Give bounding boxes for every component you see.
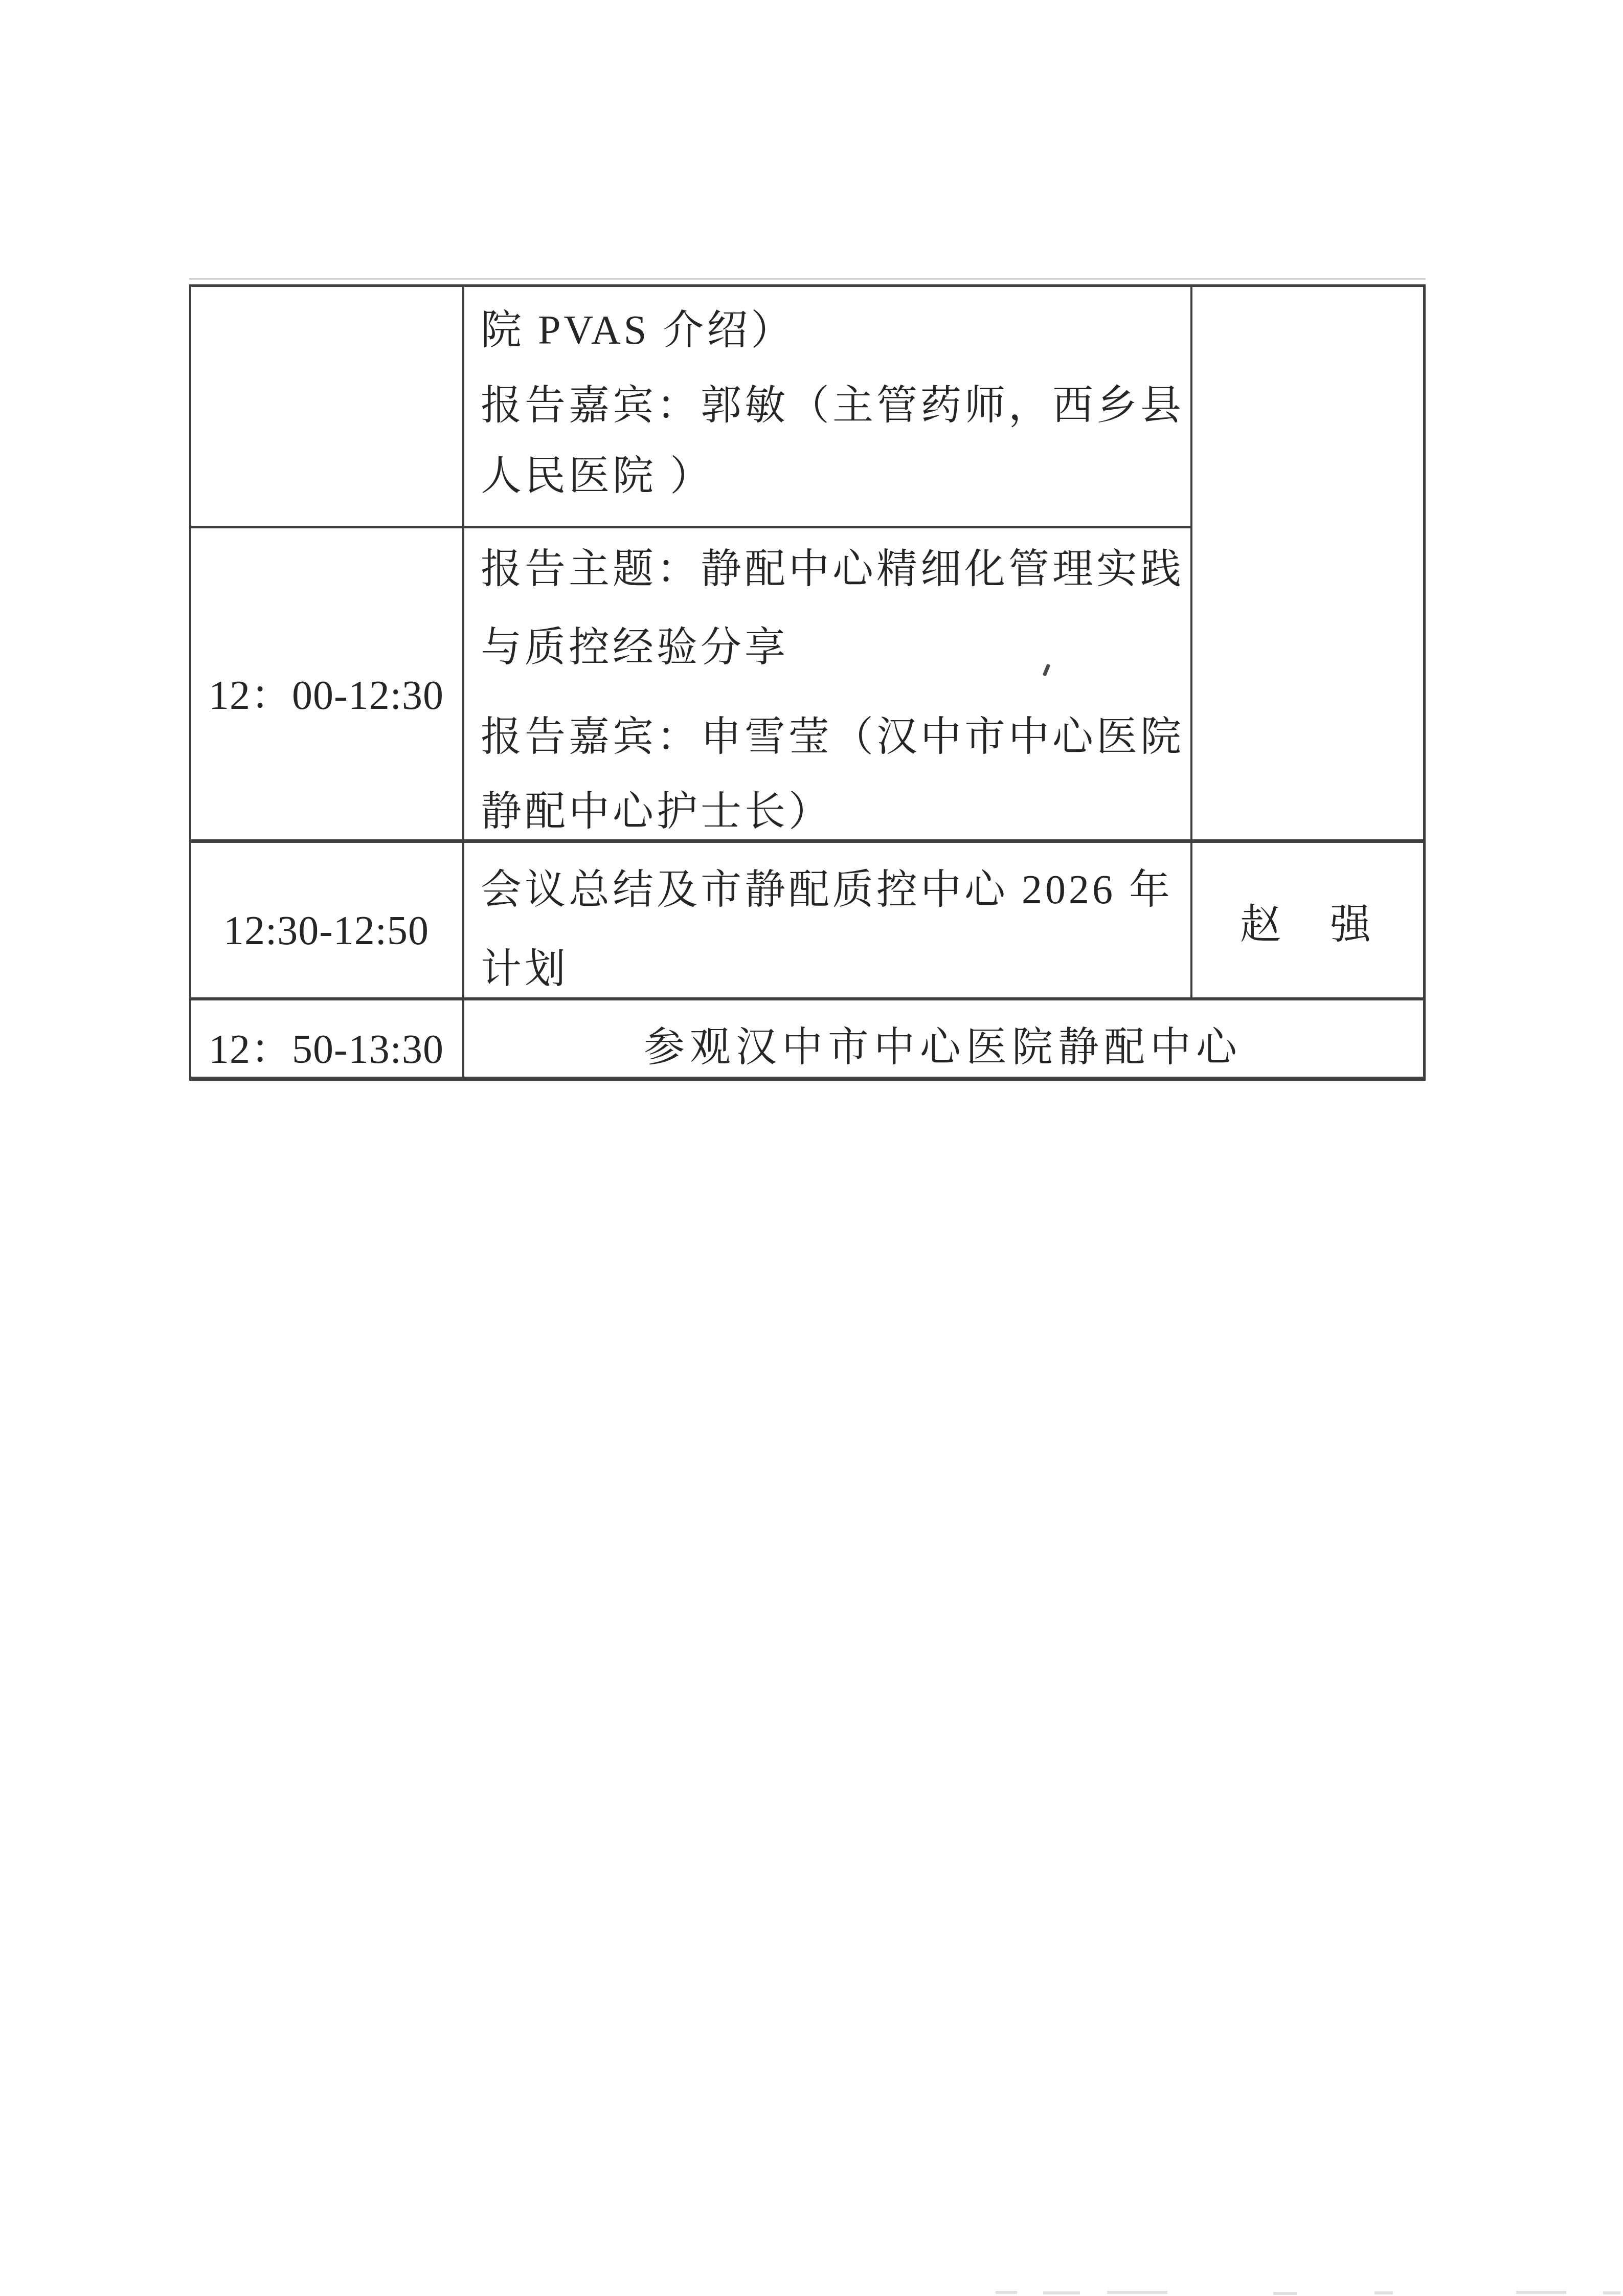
- merged-activity-cell: 参观汉中市中心医院静配中心: [464, 1027, 1422, 1068]
- scan-artifact: [1107, 2291, 1167, 2294]
- presenter-name: 赵 强: [1193, 904, 1422, 945]
- scan-speck: [1043, 664, 1050, 677]
- scan-artifact: [1043, 2291, 1080, 2294]
- scan-artifact: [996, 2291, 1017, 2294]
- table-border-right: [1423, 284, 1426, 1081]
- column-divider-time-content: [462, 284, 464, 1081]
- column-divider-content-presenter: [1190, 284, 1192, 1000]
- content-line: 人民医院 ）: [481, 456, 714, 497]
- scan-artifact: [1374, 2291, 1393, 2294]
- row-divider-3: [189, 997, 1426, 1000]
- scan-artifact: [1273, 2292, 1297, 2295]
- row-divider-2: [189, 839, 1426, 843]
- content-line: 报告嘉宾：申雪莹（汉中市中心医院: [481, 717, 1184, 757]
- content-line: 报告主题：静配中心精细化管理实践: [481, 549, 1184, 590]
- content-line: 静配中心护士长）: [481, 791, 832, 832]
- row-divider-1: [189, 526, 1192, 528]
- table-border-top-echo: [189, 278, 1426, 280]
- scan-artifact: [1516, 2291, 1566, 2294]
- table-border-bottom: [189, 1077, 1426, 1081]
- time-cell: 12：00-12:30: [191, 675, 461, 716]
- time-cell: 12:30-12:50: [191, 910, 461, 951]
- time-cell: 12：50-13:30: [191, 1029, 461, 1070]
- table-border-top: [189, 284, 1426, 287]
- scan-artifact: [1603, 2291, 1620, 2294]
- scanned-document-page: 院 PVAS 介绍） 报告嘉宾：郭敏（主管药师，西乡县 人民医院 ） 12：00…: [0, 0, 1623, 2296]
- content-line: 会议总结及市静配质控中心 2026 年: [481, 870, 1173, 910]
- content-line: 与质控经验分享: [481, 627, 788, 668]
- content-line: 报告嘉宾：郭敏（主管药师，西乡县: [481, 385, 1184, 426]
- content-line: 院 PVAS 介绍）: [481, 310, 795, 351]
- content-line: 计划: [481, 949, 569, 990]
